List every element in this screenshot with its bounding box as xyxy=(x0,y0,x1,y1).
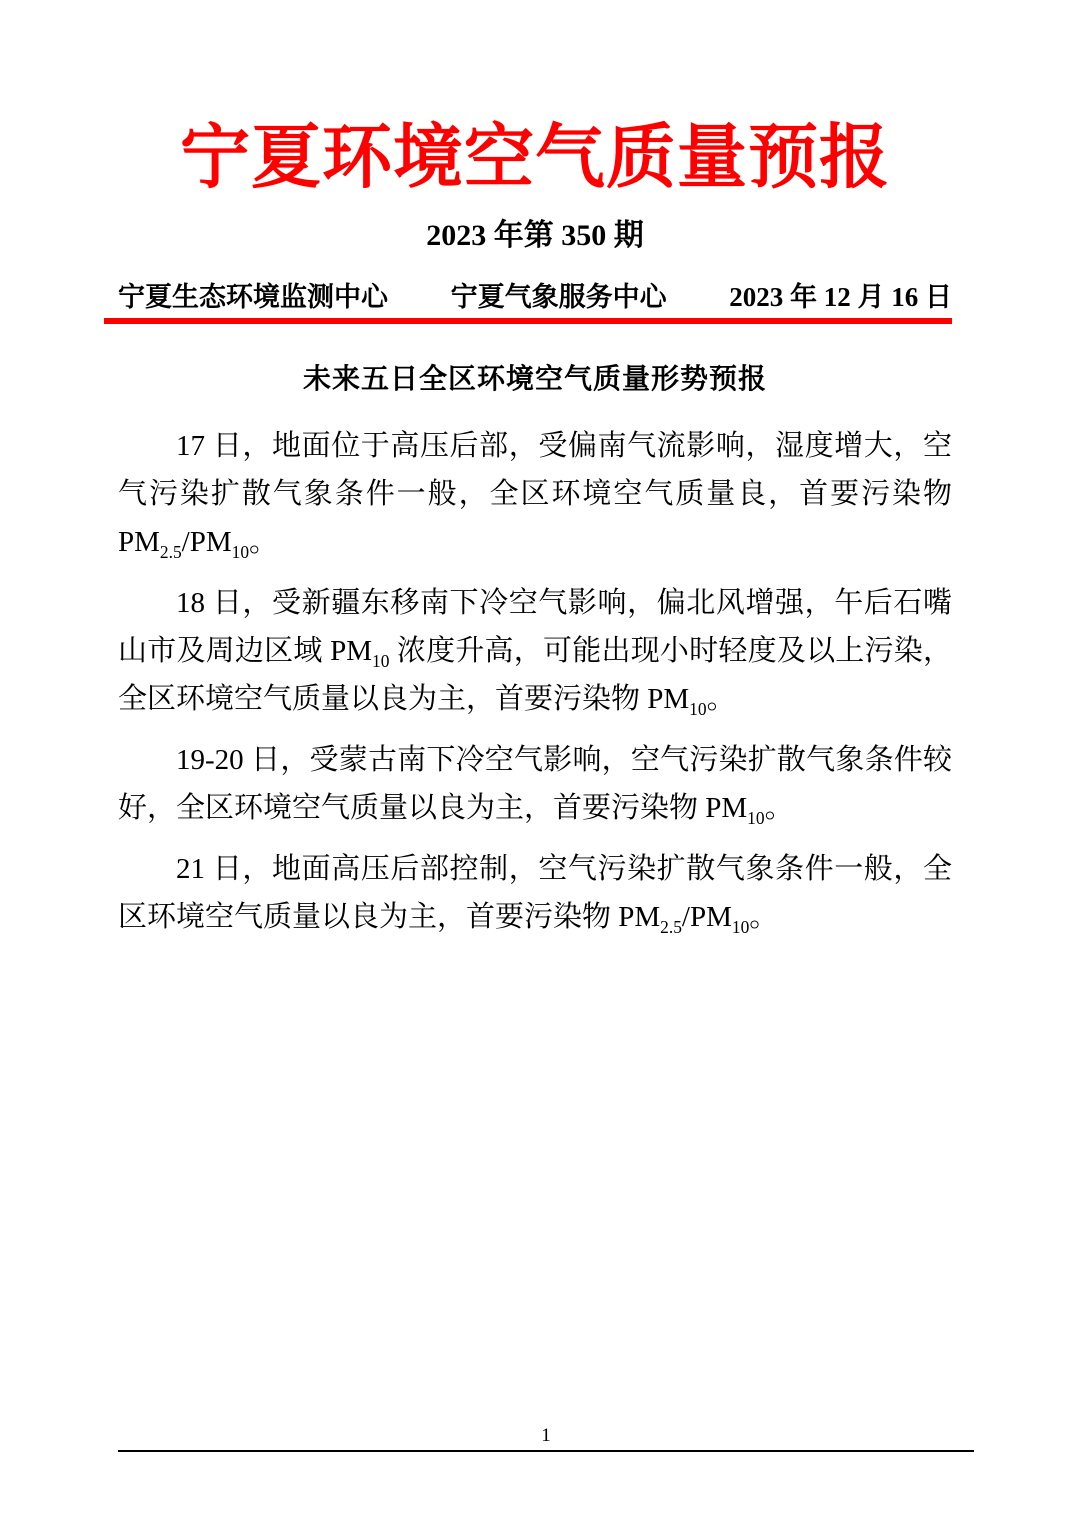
document-content: 宁夏环境空气质量预报 2023 年第 350 期 宁夏生态环境监测中心 宁夏气象… xyxy=(0,116,1074,941)
issuer-left: 宁夏生态环境监测中心 xyxy=(118,280,388,314)
pm-subscript: 10 xyxy=(372,651,389,671)
page-footer: 1 xyxy=(118,1424,974,1452)
pm-subscript: 2.5 xyxy=(160,542,182,562)
red-divider xyxy=(104,318,952,324)
body-paragraphs: 17 日，地面位于高压后部，受偏南气流影响，湿度增大，空气污染扩散气象条件一般，… xyxy=(118,422,952,941)
page: { "colors": { "accent_red": "#fe0000", "… xyxy=(0,0,1074,1520)
pm-subscript: 10 xyxy=(747,808,764,828)
document: 宁夏环境空气质量预报 2023 年第 350 期 宁夏生态环境监测中心 宁夏气象… xyxy=(0,0,1074,1520)
section-heading: 未来五日全区环境空气质量形势预报 xyxy=(118,360,952,398)
issue-number: 2023 年第 350 期 xyxy=(118,216,952,256)
document-title: 宁夏环境空气质量预报 xyxy=(118,116,952,202)
pm-subscript: 10 xyxy=(232,542,249,562)
pm-subscript: 2.5 xyxy=(660,917,682,937)
paragraph: 17 日，地面位于高压后部，受偏南气流影响，湿度增大，空气污染扩散气象条件一般，… xyxy=(118,422,952,566)
issuer-center: 宁夏气象服务中心 xyxy=(451,280,667,314)
issuer-row: 宁夏生态环境监测中心 宁夏气象服务中心 2023 年 12 月 16 日 xyxy=(118,280,952,314)
pm-subscript: 10 xyxy=(732,917,749,937)
page-number: 1 xyxy=(541,1425,551,1446)
paragraph: 21 日，地面高压后部控制，空气污染扩散气象条件一般，全区环境空气质量以良为主，… xyxy=(118,845,952,941)
paragraph: 19-20 日，受蒙古南下冷空气影响，空气污染扩散气象条件较好，全区环境空气质量… xyxy=(118,736,952,832)
issue-date: 2023 年 12 月 16 日 xyxy=(729,280,952,314)
paragraph: 18 日，受新疆东移南下冷空气影响，偏北风增强，午后石嘴山市及周边区域 PM10… xyxy=(118,579,952,723)
pm-subscript: 10 xyxy=(689,699,706,719)
